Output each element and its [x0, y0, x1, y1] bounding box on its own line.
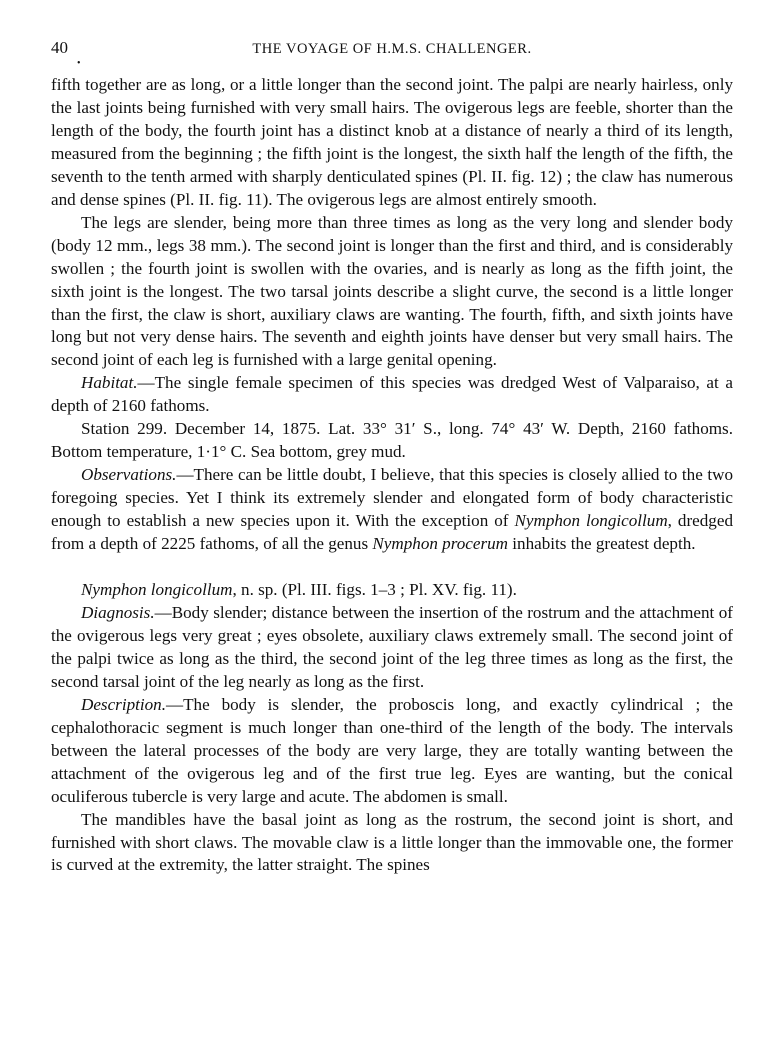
- species-name: Nymphon longicollum: [514, 511, 667, 530]
- species-heading: Nymphon longicollum, n. sp. (Pl. III. fi…: [51, 579, 733, 602]
- paragraph-observations: Observations.—There can be little doubt,…: [51, 464, 733, 556]
- stray-mark: •: [77, 58, 81, 69]
- habitat-label: Habitat.: [81, 373, 138, 392]
- observations-label: Observations.: [81, 465, 176, 484]
- running-header: 40 • THE VOYAGE OF H.M.S. CHALLENGER.: [51, 40, 733, 62]
- document-page: 40 • THE VOYAGE OF H.M.S. CHALLENGER. fi…: [51, 40, 733, 877]
- description-label: Description.: [81, 695, 166, 714]
- section-gap: [51, 556, 733, 579]
- paragraph-ovigerous-legs: fifth together are as long, or a little …: [51, 74, 733, 212]
- paragraph-diagnosis: Diagnosis.—Body slender; distance betwee…: [51, 602, 733, 694]
- diagnosis-label: Diagnosis.: [81, 603, 155, 622]
- paragraph-description: Description.—The body is slender, the pr…: [51, 694, 733, 809]
- species-heading-name: Nymphon longicollum: [81, 580, 232, 599]
- paragraph-mandibles: The mandibles have the basal joint as lo…: [51, 809, 733, 878]
- species-name: Nymphon procerum: [372, 534, 508, 553]
- body-text: fifth together are as long, or a little …: [51, 74, 733, 877]
- paragraph-legs: The legs are slender, being more than th…: [51, 212, 733, 373]
- paragraph-station: Station 299. December 14, 1875. Lat. 33°…: [51, 418, 733, 464]
- paragraph-habitat: Habitat.—The single female specimen of t…: [51, 372, 733, 418]
- running-title: THE VOYAGE OF H.M.S. CHALLENGER.: [51, 41, 733, 58]
